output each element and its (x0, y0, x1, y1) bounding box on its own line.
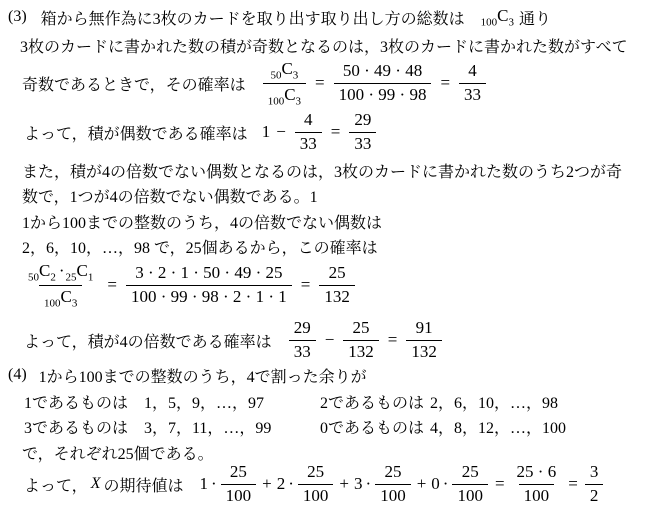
coefficient-0: 0 (431, 474, 440, 494)
math-solution-document: (3) 箱から無作為に3枚のカードを取り出す取り出し方の総数は 100C3 通り… (0, 0, 648, 512)
fraction-numerator: 25 (457, 462, 484, 483)
fraction-result: 3 2 (585, 462, 604, 506)
part3-even-probability-line: よって，積が偶数である確率は 1 − 4 33 = 29 33 (0, 110, 648, 154)
subscript-n: 100 (268, 95, 285, 107)
remainder3-label: 3であるものは (24, 415, 144, 438)
subscript-n: 50 (28, 272, 39, 284)
fraction-denominator: 100 (519, 484, 555, 506)
fraction-numerator: 25 (348, 318, 375, 339)
not4-probability-formula: 50C2·25C1 100C3 = 3 · 2 · 1 · 50 · 49 · … (20, 261, 358, 309)
fraction-denominator: 100 · 99 · 98 · 2 · 1 · 1 (126, 285, 292, 307)
fraction-product: 50 · 49 · 48 100 · 99 · 98 (334, 61, 432, 105)
fraction-subtrahend: 25 132 (343, 318, 379, 362)
fraction-numerator: 25 (225, 462, 252, 483)
counting-unit-text: 通り (519, 6, 551, 29)
fraction-denominator: 132 (319, 285, 355, 307)
equals-sign: = (440, 73, 450, 93)
combination-100C3: 100C3 (268, 85, 301, 104)
part3-intro-text: 箱から無作為に3枚のカードを取り出す取り出し方の総数は (41, 6, 465, 29)
fraction-numerator: 4 (463, 61, 482, 82)
equals-sign: = (301, 275, 311, 295)
part3-total-count-line: (3) 箱から無作為に3枚のカードを取り出す取り出し方の総数は 100C3 通り (0, 6, 648, 28)
part3-not4-line4: 2，6，10，…，98 で，25個あるから，この確率は (0, 235, 648, 257)
remainder2-sequence: 2，6，10，…，98 (430, 390, 558, 413)
combination-100C3: 100C3 (481, 6, 514, 28)
fraction-result: 25 132 (319, 263, 355, 307)
fraction-probability: 25 100 (452, 462, 488, 506)
fraction-denominator: 100 (298, 484, 334, 506)
not4-text-4: 2，6，10，…，98 で，25個あるから，この確率は (22, 235, 378, 258)
part3-mult4-probability-line: よって，積が4の倍数である確率は 29 33 − 25 132 = 91 132 (0, 316, 648, 364)
coefficient-1: 1 (199, 474, 208, 494)
fraction-numerator: 50 · 49 · 48 (338, 61, 427, 82)
fraction-minuend: 29 33 (289, 318, 316, 362)
subscript-r: 3 (296, 95, 302, 107)
combination-symbol: C (61, 287, 72, 306)
subscript-r: 3 (72, 297, 78, 309)
fraction-combinations: 50C3 100C3 (263, 59, 306, 107)
part3-not4-line2: 数で，1つが4の倍数でない偶数である。1 (0, 184, 648, 206)
plus-sign: + (417, 474, 427, 494)
mult4-probability-formula: 29 33 − 25 132 = 91 132 (286, 318, 445, 362)
fraction-denominator: 100C3 (39, 285, 82, 309)
multiply-dot: · (288, 474, 294, 494)
coefficient-3: 3 (354, 474, 363, 494)
part3-odd-probability-line: 奇数であるときで，その確率は 50C3 100C3 = 50 · 49 · 48… (0, 58, 648, 108)
fraction-combinations: 50C2·25C1 100C3 (23, 261, 98, 309)
subscript-n: 100 (44, 297, 61, 309)
subscript-n: 50 (270, 70, 281, 82)
plus-sign: + (339, 474, 349, 494)
total-combinations-formula: 100C3 通り (481, 6, 551, 29)
combination-50C3: 50C3 (270, 59, 298, 78)
fraction-denominator: 100 (375, 484, 411, 506)
subscript-r: 1 (88, 272, 94, 284)
part3-not4-probability-line: 50C2·25C1 100C3 = 3 · 2 · 1 · 50 · 49 · … (0, 257, 648, 313)
number-one: 1 (262, 122, 271, 142)
equals-sign: = (315, 73, 325, 93)
fraction-numerator: 4 (299, 110, 318, 131)
fraction-denominator: 132 (343, 340, 379, 362)
remainder1-sequence: 1，5，9，…，97 (144, 390, 320, 413)
fraction-numerator: 50C2·25C1 (23, 261, 98, 284)
part3-odd-condition-line: 3枚のカードに書かれた数の積が奇数となるのは，3枚のカードに書かれた数がすべて (0, 34, 648, 56)
fraction-subtrahend: 4 33 (295, 110, 322, 154)
fraction-denominator: 33 (459, 83, 486, 105)
fraction-numerator: 3 (585, 462, 604, 483)
combination-100C3: 100C3 (44, 287, 77, 306)
odd-probability-text: 奇数であるときで，その確率は (22, 72, 246, 95)
minus-sign: − (276, 122, 286, 142)
fraction-result: 91 132 (406, 318, 442, 362)
remainder0-sequence: 4，8，12，…，100 (430, 415, 566, 438)
equals-sign: = (388, 330, 398, 350)
fraction-denominator: 100 · 99 · 98 (334, 83, 432, 105)
minus-sign: − (325, 330, 335, 350)
part3-not4-line3: 1から100までの整数のうち，4の倍数でない偶数は (0, 210, 648, 232)
fraction-product: 3 · 2 · 1 · 50 · 49 · 25 100 · 99 · 98 ·… (126, 263, 292, 307)
multiply-dot: · (211, 474, 217, 494)
expectation-text-pre: よって， (24, 473, 88, 496)
equals-sign: = (495, 474, 505, 494)
expectation-text-post: の期待値は (103, 473, 183, 496)
fraction-numerator: 3 · 2 · 1 · 50 · 49 · 25 (130, 263, 287, 284)
part4-remainder-row-1: 1であるものは 1，5，9，…，97 2であるものは 2，6，10，…，98 (0, 390, 648, 412)
fraction-denominator: 132 (406, 340, 442, 362)
fraction-denominator: 33 (349, 132, 376, 154)
equals-sign: = (107, 275, 117, 295)
remainder0-label: 0であるものは (320, 415, 430, 438)
not4-text-2: 数で，1つが4の倍数でない偶数である。1 (22, 184, 318, 207)
combination-symbol: C (77, 261, 88, 280)
remainder2-label: 2であるものは (320, 390, 430, 413)
expectation-formula: 1 · 25 100 + 2 · 25 100 + 3 · 25 100 + 0… (197, 462, 606, 506)
fraction-denominator: 33 (289, 340, 316, 362)
part4-intro-line: (4) 1から100までの整数のうち，4で割った余りが (0, 364, 648, 386)
fraction-numerator: 50C3 (265, 59, 303, 82)
fraction-denominator: 100 (452, 484, 488, 506)
part3-label: (3) (8, 8, 27, 26)
fraction-numerator: 25 (302, 462, 329, 483)
subscript-r: 3 (293, 70, 299, 82)
multiply-dot: · (443, 474, 449, 494)
combination-symbol: C (497, 6, 508, 25)
part4-intro-text: 1から100までの整数のうち，4で割った余りが (39, 364, 367, 387)
fraction-numerator: 25 · 6 (512, 462, 562, 483)
fraction-probability: 25 100 (221, 462, 257, 506)
coefficient-2: 2 (277, 474, 286, 494)
equals-sign: = (331, 122, 341, 142)
fraction-result: 29 33 (349, 110, 376, 154)
fraction-probability: 25 100 (298, 462, 334, 506)
subscript-n: 25 (66, 272, 77, 284)
fraction-numerator: 25 (379, 462, 406, 483)
fraction-denominator: 33 (295, 132, 322, 154)
combination-25C1: 25C1 (66, 261, 94, 280)
fraction-numerator: 29 (349, 110, 376, 131)
subscript-n: 100 (481, 16, 498, 28)
fraction-numerator: 91 (411, 318, 438, 339)
part4-label: (4) (8, 366, 27, 384)
even-probability-text: よって，積が偶数である確率は (24, 121, 248, 144)
subscript-r: 2 (50, 272, 56, 284)
part4-remainder-row-2: 3であるものは 3，7，11，…，99 0であるものは 4，8，12，…，100 (0, 415, 648, 437)
part3-not4-line1: また，積が4の倍数でない偶数となるのは，3枚のカードに書かれた数のうち2つが奇 (0, 159, 648, 181)
odd-probability-formula: 50C3 100C3 = 50 · 49 · 48 100 · 99 · 98 … (260, 59, 489, 107)
multiply-dot: · (59, 261, 65, 280)
fraction-denominator: 100 (221, 484, 257, 506)
equals-sign: = (568, 474, 578, 494)
remainder3-sequence: 3，7，11，…，99 (144, 415, 320, 438)
variable-X: X (91, 475, 101, 493)
fraction-denominator: 100C3 (263, 83, 306, 107)
fraction-numerator: 25 (324, 263, 351, 284)
fraction-probability: 25 100 (375, 462, 411, 506)
combination-50C2: 50C2 (28, 261, 56, 280)
not4-text-1: また，積が4の倍数でない偶数となるのは，3枚のカードに書かれた数のうち2つが奇 (22, 159, 622, 182)
remainder1-label: 1であるものは (24, 390, 144, 413)
multiply-dot: · (366, 474, 372, 494)
not4-text-3: 1から100までの整数のうち，4の倍数でない偶数は (22, 210, 382, 233)
subscript-r: 3 (509, 16, 515, 28)
fraction-sum: 25 · 6 100 (512, 462, 562, 506)
fraction-result: 4 33 (459, 61, 486, 105)
plus-sign: + (262, 474, 272, 494)
odd-condition-text: 3枚のカードに書かれた数の積が奇数となるのは，3枚のカードに書かれた数がすべて (20, 34, 628, 57)
combination-symbol: C (284, 85, 295, 104)
mult4-probability-text: よって，積が4の倍数である確率は (24, 329, 272, 352)
even-probability-formula: 1 − 4 33 = 29 33 (262, 110, 380, 154)
combination-symbol: C (39, 261, 50, 280)
combination-symbol: C (281, 59, 292, 78)
fraction-denominator: 2 (585, 484, 604, 506)
part4-expectation-line: よって， X の期待値は 1 · 25 100 + 2 · 25 100 + 3… (0, 460, 648, 508)
fraction-numerator: 29 (289, 318, 316, 339)
